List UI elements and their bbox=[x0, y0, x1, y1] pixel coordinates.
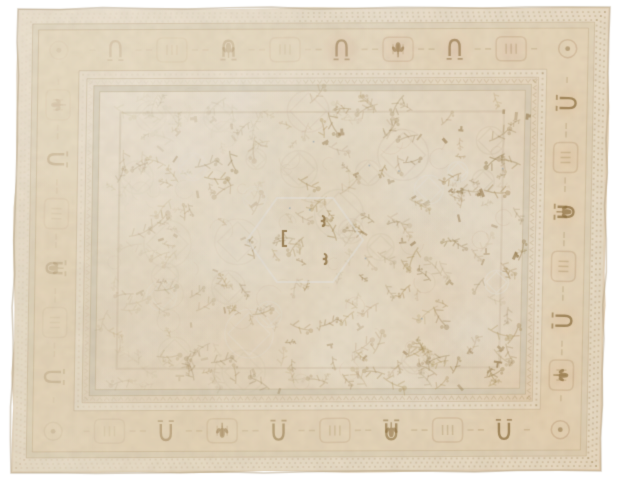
rug-photo bbox=[0, 0, 620, 490]
rug-canvas bbox=[0, 0, 620, 490]
photo-background bbox=[0, 0, 620, 490]
